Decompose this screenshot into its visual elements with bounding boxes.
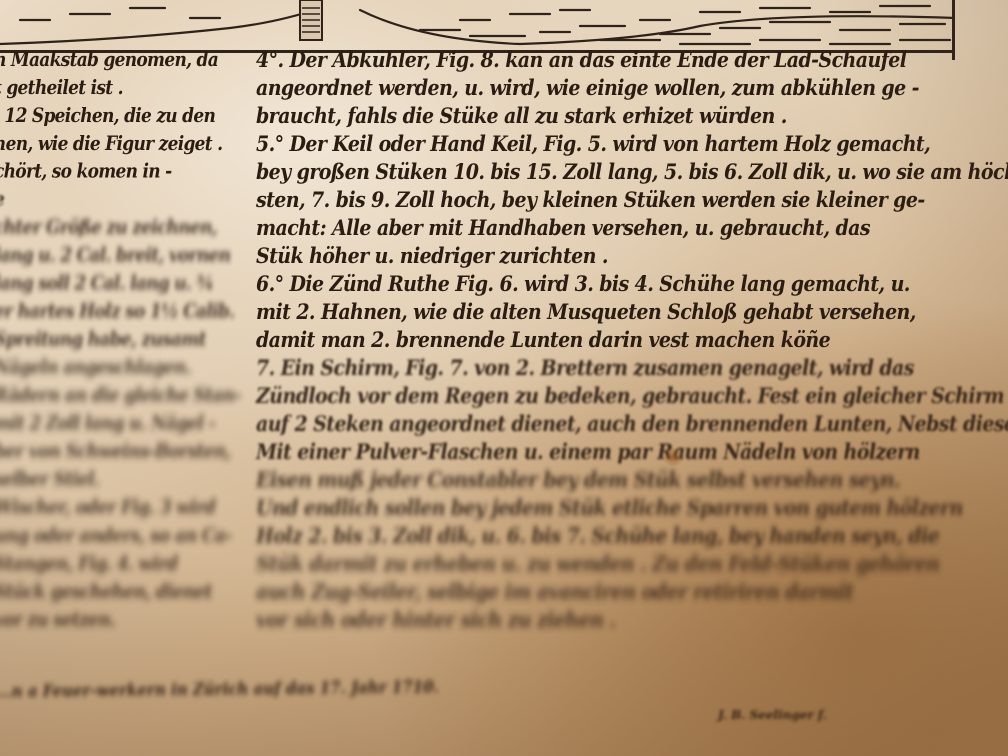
engraving-landscape-icon [0, 0, 955, 50]
text-line: vor zu setzen. [0, 604, 250, 636]
text-line: vor sich oder hinter sich zu ziehen . [256, 604, 956, 636]
paper-stain [662, 448, 684, 466]
imprint-footer-note: ...n a Feuer-werkern in Zürich auf das 1… [0, 677, 466, 702]
left-text-column: n Maakstab genomen, da t getheilet ist .… [0, 46, 250, 634]
engraver-signature: J. B. Seelinger f. [718, 708, 827, 722]
right-text-column: 4°. Der Abkühler, Fig. 8. kan an das ein… [256, 46, 956, 634]
document-photo: n Maakstab genomen, da t getheilet ist .… [0, 0, 1008, 756]
